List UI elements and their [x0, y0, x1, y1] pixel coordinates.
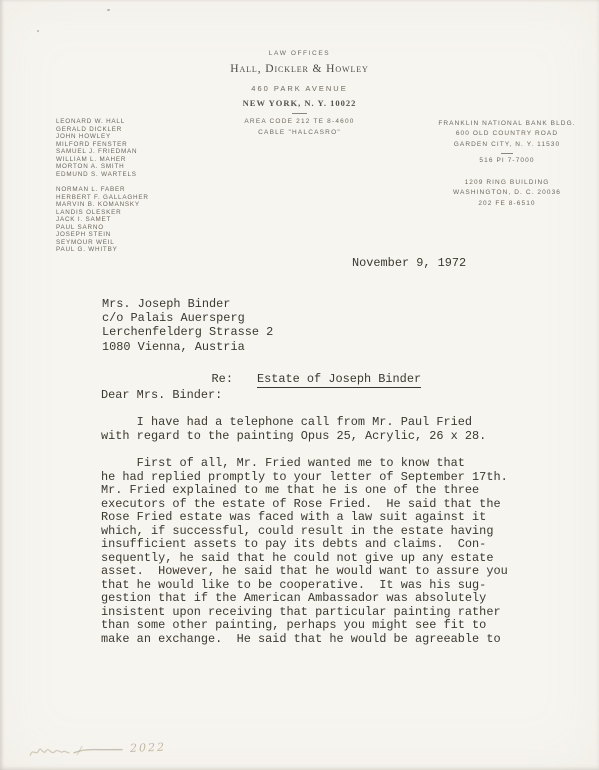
office-garden-city-address: FRANKLIN NATIONAL BANK BLDG. 600 OLD COU… [426, 119, 588, 150]
salutation: Dear Mrs. Binder: [101, 389, 222, 403]
office-washington-address: 1209 RING BUILDING WASHINGTON, D. C. 200… [426, 178, 588, 209]
firm-street-address: 460 PARK AVENUE [0, 85, 599, 93]
re-label: Re: [212, 372, 233, 386]
body-paragraph-2: First of all, Mr. Fried wanted me to kno… [101, 457, 508, 646]
letter-page: LAW OFFICES Hall, Dickler & Howley 460 P… [0, 0, 599, 770]
office-garden-city-phone: 516 PI 7-7000 [426, 156, 588, 166]
re-subject: Estate of Joseph Binder [257, 372, 421, 388]
attorney-group-1: LEONARD W. HALL GERALD DICKLER JOHN HOWL… [56, 118, 149, 178]
branch-offices: FRANKLIN NATIONAL BANK BLDG. 600 OLD COU… [426, 119, 588, 209]
office-divider [501, 153, 513, 154]
recipient-address-block: Mrs. Joseph Binder c/o Palais Auersperg … [102, 297, 273, 354]
letter-date: November 9, 1972 [352, 257, 466, 271]
attorney-group-2: NORMAN L. FABER HERBERT F. GALLAGHER MAR… [56, 186, 149, 254]
attorney-roster: LEONARD W. HALL GERALD DICKLER JOHN HOWL… [56, 118, 149, 254]
firm-name: Hall, Dickler & Howley [0, 63, 599, 76]
scan-speck [107, 9, 110, 11]
pencil-note-text: 2022 [130, 740, 166, 754]
firm-city-line: NEW YORK, N. Y. 10022 [0, 99, 599, 108]
letterhead-divider [292, 113, 307, 114]
body-paragraph-1: I have had a telephone call from Mr. Pau… [101, 416, 486, 443]
firm-type-label: LAW OFFICES [0, 50, 599, 57]
pencil-scribble-icon [28, 739, 125, 760]
pencil-annotation: 2022 [28, 738, 167, 761]
scan-speck [37, 30, 39, 32]
